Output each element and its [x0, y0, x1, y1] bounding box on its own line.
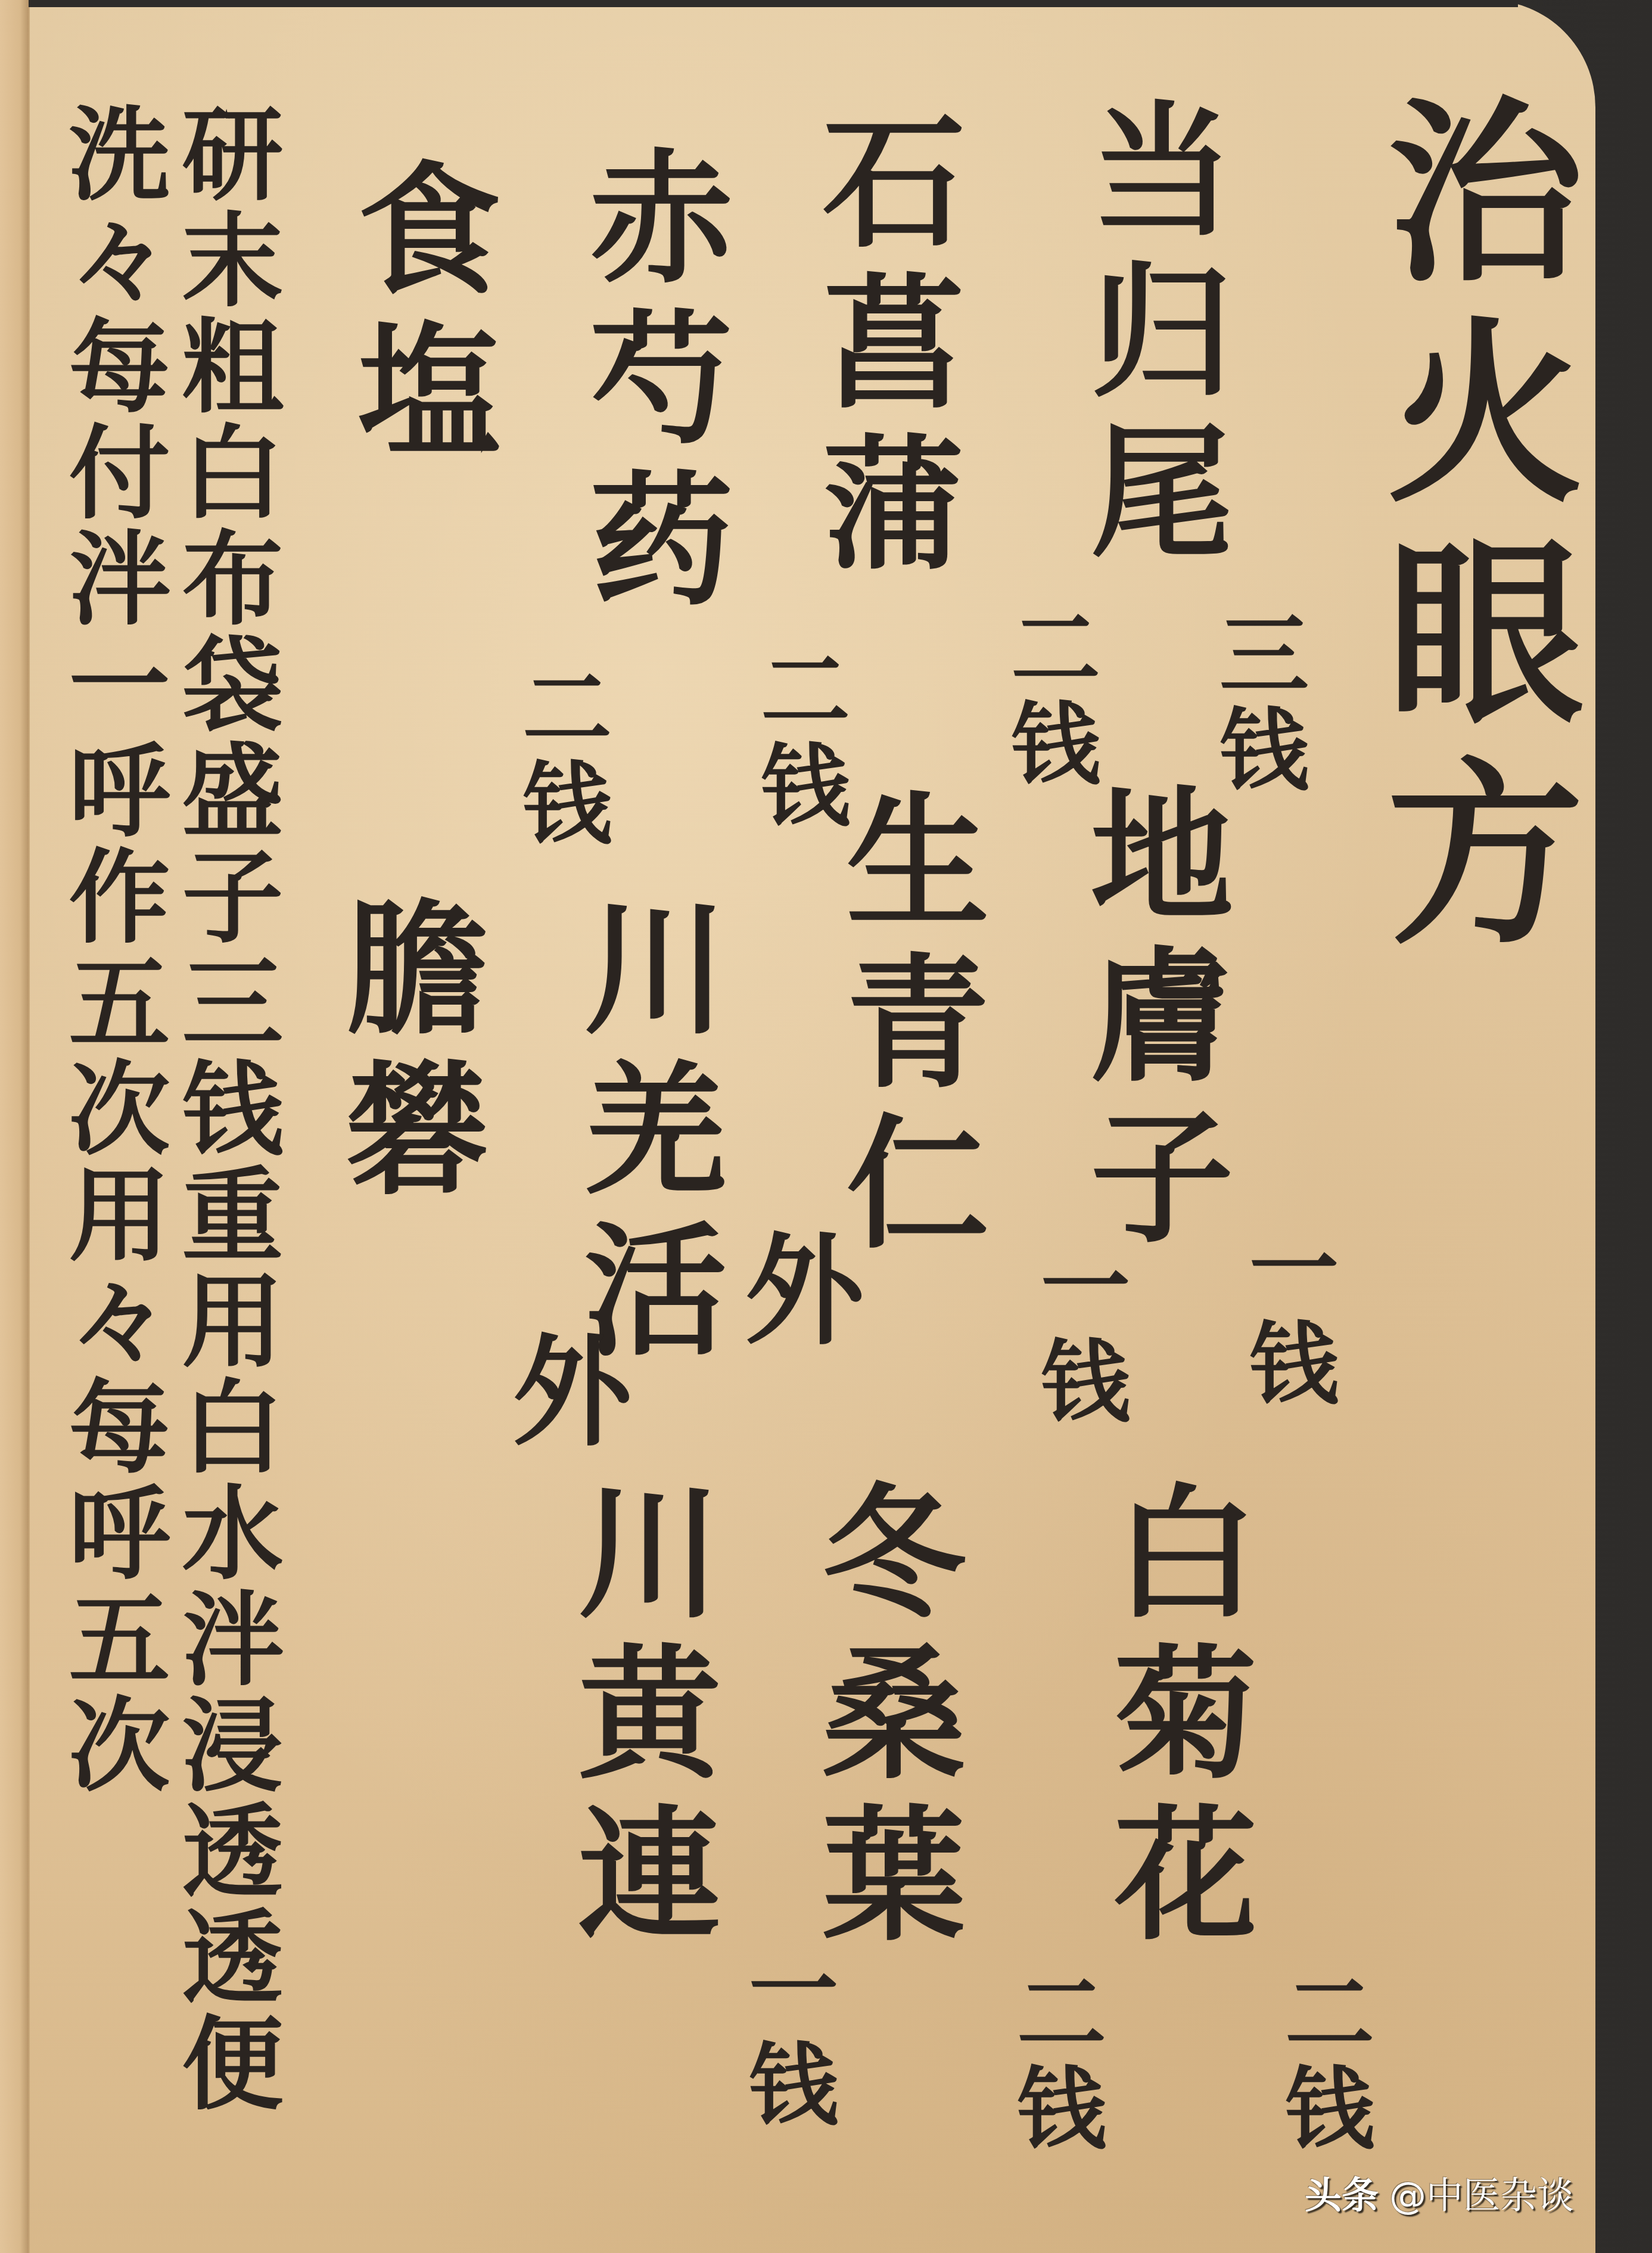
ingredient-dose: 外: [709, 1228, 880, 1353]
page-top-edge: [29, 0, 1518, 7]
ingredient-name: 冬桑葉: [810, 1478, 953, 1960]
ingredient-dose: 二钱: [733, 644, 861, 834]
ingredient-name: 川羌活: [572, 894, 715, 1376]
prescription-title: 治火眼方: [1370, 89, 1567, 971]
ingredient-name: 食塩: [346, 155, 489, 477]
usage-instructions: 洗々每付泮一呼作五次用々每呼五次: [60, 101, 161, 1798]
ingredient-name: 白菊花: [1102, 1478, 1245, 1960]
watermark-brand: 头条: [1305, 2174, 1379, 2217]
facing-page-edge: [0, 0, 30, 2253]
ingredient-name: 川黄連: [566, 1478, 709, 1960]
ingredient-dose: 一钱: [1013, 1239, 1141, 1430]
ingredient-dose: 二钱: [1257, 1966, 1386, 2157]
ingredient-dose: 一钱: [1221, 1222, 1350, 1412]
preparation-instructions: 研末粗白布袋盛子三钱重用白水泮浸透透便: [173, 101, 274, 2117]
ingredient-name: 赤芍药: [578, 143, 721, 626]
source-watermark: 头条@中医杂谈: [1305, 2166, 1574, 2219]
ingredient-dose: 外: [477, 1329, 648, 1454]
ingredient-dose: 二钱: [494, 661, 623, 852]
ingredient-name: 地膚子: [1078, 781, 1221, 1263]
ingredient-name: 生青仁: [834, 787, 977, 1269]
ingredient-name: 膽礬: [334, 894, 477, 1216]
ingredient-dose: 二钱: [983, 602, 1112, 793]
ingredient-dose: 二钱: [989, 1966, 1118, 2157]
watermark-handle: @中医杂谈: [1389, 2174, 1574, 2217]
ingredient-dose: 三钱: [1191, 608, 1320, 798]
ingredient-name: 当归尾: [1078, 95, 1221, 578]
ingredient-dose: 一钱: [721, 1943, 850, 2133]
ingredient-name: 石菖蒲: [810, 107, 953, 590]
